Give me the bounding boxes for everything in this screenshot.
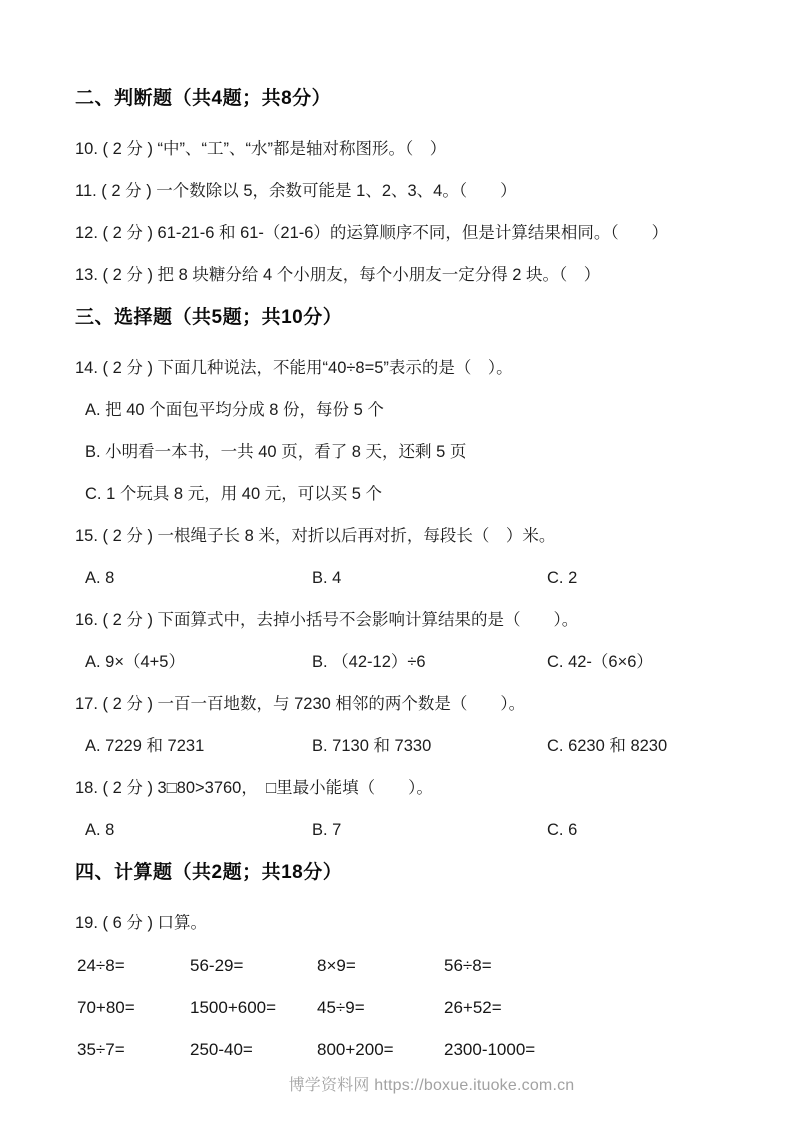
calc-cell: 70+80= — [77, 997, 190, 1018]
exam-paper-page: 二、判断题（共4题；共8分） 10. ( 2 分 ) “中”、“工”、“水”都是… — [0, 0, 793, 1122]
section-heading-judgment: 二、判断题（共4题；共8分） — [75, 88, 738, 109]
question-14-option-b: B. 小明看一本书，一共 40 页，看了 8 天，还剩 5 页 — [75, 442, 738, 463]
question-10: 10. ( 2 分 ) “中”、“工”、“水”都是轴对称图形。（ ） — [75, 139, 738, 160]
question-17-option-b: B. 7130 和 7330 — [312, 736, 547, 757]
calc-cell: 56÷8= — [444, 955, 738, 976]
question-15: 15. ( 2 分 ) 一根绳子长 8 米，对折以后再对折，每段长（ ）米。 — [75, 526, 738, 547]
section-judgment: 二、判断题（共4题；共8分） 10. ( 2 分 ) “中”、“工”、“水”都是… — [75, 88, 738, 286]
calc-cell: 8×9= — [317, 955, 444, 976]
question-18-option-c: C. 6 — [547, 820, 738, 841]
calc-row-1: 24÷8= 56-29= 8×9= 56÷8= — [75, 955, 738, 976]
question-14-option-c: C. 1 个玩具 8 元，用 40 元，可以买 5 个 — [75, 484, 738, 505]
question-17: 17. ( 2 分 ) 一百一百地数，与 7230 相邻的两个数是（ ）。 — [75, 694, 738, 715]
calc-row-2: 70+80= 1500+600= 45÷9= 26+52= — [75, 997, 738, 1018]
question-18-options: A. 8 B. 7 C. 6 — [75, 820, 738, 841]
question-14: 14. ( 2 分 ) 下面几种说法，不能用“40÷8=5”表示的是（ ）。 — [75, 358, 738, 379]
question-18: 18. ( 2 分 ) 3□80>3760， □里最小能填（ ）。 — [75, 778, 738, 799]
footer-watermark: 博学资料网 https://boxue.ituoke.com.cn — [0, 1072, 793, 1095]
calc-row-3: 35÷7= 250-40= 800+200= 2300-1000= — [75, 1039, 738, 1060]
calc-cell: 250-40= — [190, 1039, 317, 1060]
section-calculation: 四、计算题（共2题；共18分） 19. ( 6 分 ) 口算。 24÷8= 56… — [75, 862, 738, 1060]
calc-cell: 24÷8= — [77, 955, 190, 976]
question-16-option-c: C. 42-（6×6） — [547, 652, 738, 673]
question-16-option-b: B. （42-12）÷6 — [312, 652, 547, 673]
question-15-options: A. 8 B. 4 C. 2 — [75, 568, 738, 589]
question-16-option-a: A. 9×（4+5） — [85, 652, 312, 673]
calc-cell: 800+200= — [317, 1039, 444, 1060]
calc-cell: 56-29= — [190, 955, 317, 976]
question-16: 16. ( 2 分 ) 下面算式中，去掉小括号不会影响计算结果的是（ ）。 — [75, 610, 738, 631]
question-17-options: A. 7229 和 7231 B. 7130 和 7330 C. 6230 和 … — [75, 736, 738, 757]
question-15-option-c: C. 2 — [547, 568, 738, 589]
question-15-option-a: A. 8 — [85, 568, 312, 589]
question-19: 19. ( 6 分 ) 口算。 — [75, 913, 738, 934]
question-17-option-c: C. 6230 和 8230 — [547, 736, 738, 757]
question-12: 12. ( 2 分 ) 61-21-6 和 61-（21-6）的运算顺序不同，但… — [75, 223, 738, 244]
question-13: 13. ( 2 分 ) 把 8 块糖分给 4 个小朋友，每个小朋友一定分得 2 … — [75, 265, 738, 286]
question-14-option-a: A. 把 40 个面包平均分成 8 份，每份 5 个 — [75, 400, 738, 421]
calc-cell: 1500+600= — [190, 997, 317, 1018]
calc-cell: 26+52= — [444, 997, 738, 1018]
question-15-option-b: B. 4 — [312, 568, 547, 589]
question-18-option-a: A. 8 — [85, 820, 312, 841]
question-18-option-b: B. 7 — [312, 820, 547, 841]
question-16-options: A. 9×（4+5） B. （42-12）÷6 C. 42-（6×6） — [75, 652, 738, 673]
calc-cell: 35÷7= — [77, 1039, 190, 1060]
section-choice: 三、选择题（共5题；共10分） 14. ( 2 分 ) 下面几种说法，不能用“4… — [75, 307, 738, 841]
calc-cell: 45÷9= — [317, 997, 444, 1018]
question-17-option-a: A. 7229 和 7231 — [85, 736, 312, 757]
question-11: 11. ( 2 分 ) 一个数除以 5，余数可能是 1、2、3、4。（ ） — [75, 181, 738, 202]
section-heading-calculation: 四、计算题（共2题；共18分） — [75, 862, 738, 883]
section-heading-choice: 三、选择题（共5题；共10分） — [75, 307, 738, 328]
calc-cell: 2300-1000= — [444, 1039, 738, 1060]
